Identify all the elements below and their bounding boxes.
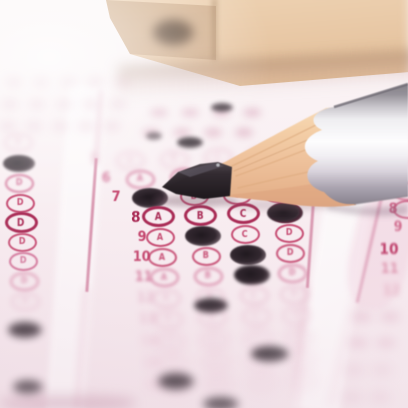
scantron-photo: DDDDDDDD5ABCD6ABCD7BCD8ABC9ACD10ABD11ABD… bbox=[0, 0, 408, 408]
pencil-graphite-glint bbox=[216, 163, 220, 167]
pencil bbox=[0, 0, 408, 408]
pencil-silver-body bbox=[305, 84, 408, 204]
